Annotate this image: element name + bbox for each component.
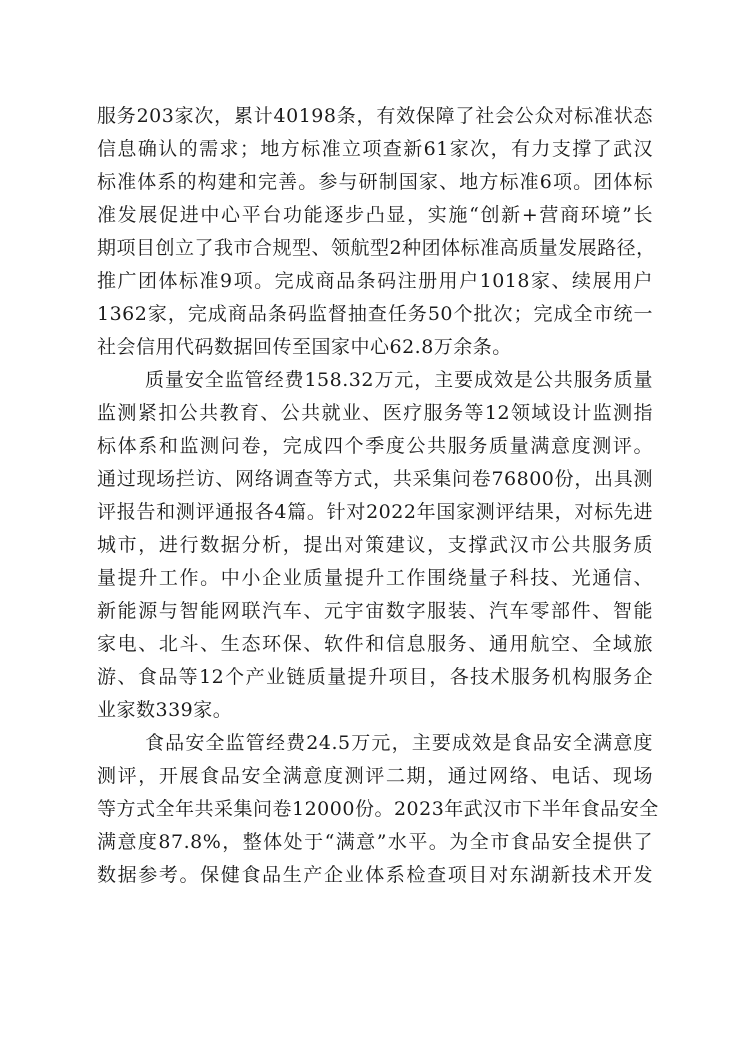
text-line: 通过现场拦访、网络调查等方式，共采集问卷76800份，出具测 bbox=[97, 463, 653, 496]
text-line: 食品安全监管经费24.5万元，主要成效是食品安全满意度 bbox=[97, 727, 653, 760]
text-line: 标准体系的构建和完善。参与研制国家、地方标准6项。团体标 bbox=[97, 166, 653, 199]
paragraph-food-safety-supervision: 食品安全监管经费24.5万元，主要成效是食品安全满意度 测评，开展食品安全满意度… bbox=[97, 727, 653, 892]
text-line: 测评，开展食品安全满意度测评二期，通过网络、电话、现场 bbox=[97, 760, 653, 793]
text-line: 质量安全监管经费158.32万元，主要成效是公共服务质量 bbox=[97, 364, 653, 397]
document-page: 服务203家次，累计40198条，有效保障了社会公众对标准状态 信息确认的需求；… bbox=[97, 100, 653, 892]
text-line: 满意度87.8%，整体处于“满意”水平。为全市食品安全提供了 bbox=[97, 826, 653, 859]
text-line: 数据参考。保健食品生产企业体系检查项目对东湖新技术开发 bbox=[97, 859, 653, 892]
paragraph-standards-services: 服务203家次，累计40198条，有效保障了社会公众对标准状态 信息确认的需求；… bbox=[97, 100, 653, 364]
text-line: 1362家，完成商品条码监督抽查任务50个批次；完成全市统一 bbox=[97, 298, 653, 331]
text-line: 准发展促进中心平台功能逐步凸显，实施“创新+营商环境”长 bbox=[97, 199, 653, 232]
text-line: 量提升工作。中小企业质量提升工作围绕量子科技、光通信、 bbox=[97, 562, 653, 595]
text-line: 标体系和监测问卷，完成四个季度公共服务质量满意度测评。 bbox=[97, 430, 653, 463]
text-line: 推广团体标准9项。完成商品条码注册用户1018家、续展用户 bbox=[97, 265, 653, 298]
paragraph-quality-safety-supervision: 质量安全监管经费158.32万元，主要成效是公共服务质量 监测紧扣公共教育、公共… bbox=[97, 364, 653, 727]
text-line: 城市，进行数据分析，提出对策建议，支撑武汉市公共服务质 bbox=[97, 529, 653, 562]
text-line: 监测紧扣公共教育、公共就业、医疗服务等12领域设计监测指 bbox=[97, 397, 653, 430]
text-line: 等方式全年共采集问卷12000份。2023年武汉市下半年食品安全 bbox=[97, 793, 653, 826]
text-line: 业家数339家。 bbox=[97, 694, 653, 727]
text-line: 社会信用代码数据回传至国家中心62.8万余条。 bbox=[97, 331, 653, 364]
text-line: 新能源与智能网联汽车、元宇宙数字服装、汽车零部件、智能 bbox=[97, 595, 653, 628]
text-line: 信息确认的需求；地方标准立项查新61家次，有力支撑了武汉 bbox=[97, 133, 653, 166]
text-line: 家电、北斗、生态环保、软件和信息服务、通用航空、全域旅 bbox=[97, 628, 653, 661]
text-line: 游、食品等12个产业链质量提升项目，各技术服务机构服务企 bbox=[97, 661, 653, 694]
text-line: 评报告和测评通报各4篇。针对2022年国家测评结果，对标先进 bbox=[97, 496, 653, 529]
text-line: 服务203家次，累计40198条，有效保障了社会公众对标准状态 bbox=[97, 100, 653, 133]
text-line: 期项目创立了我市合规型、领航型2种团体标准高质量发展路径， bbox=[97, 232, 653, 265]
